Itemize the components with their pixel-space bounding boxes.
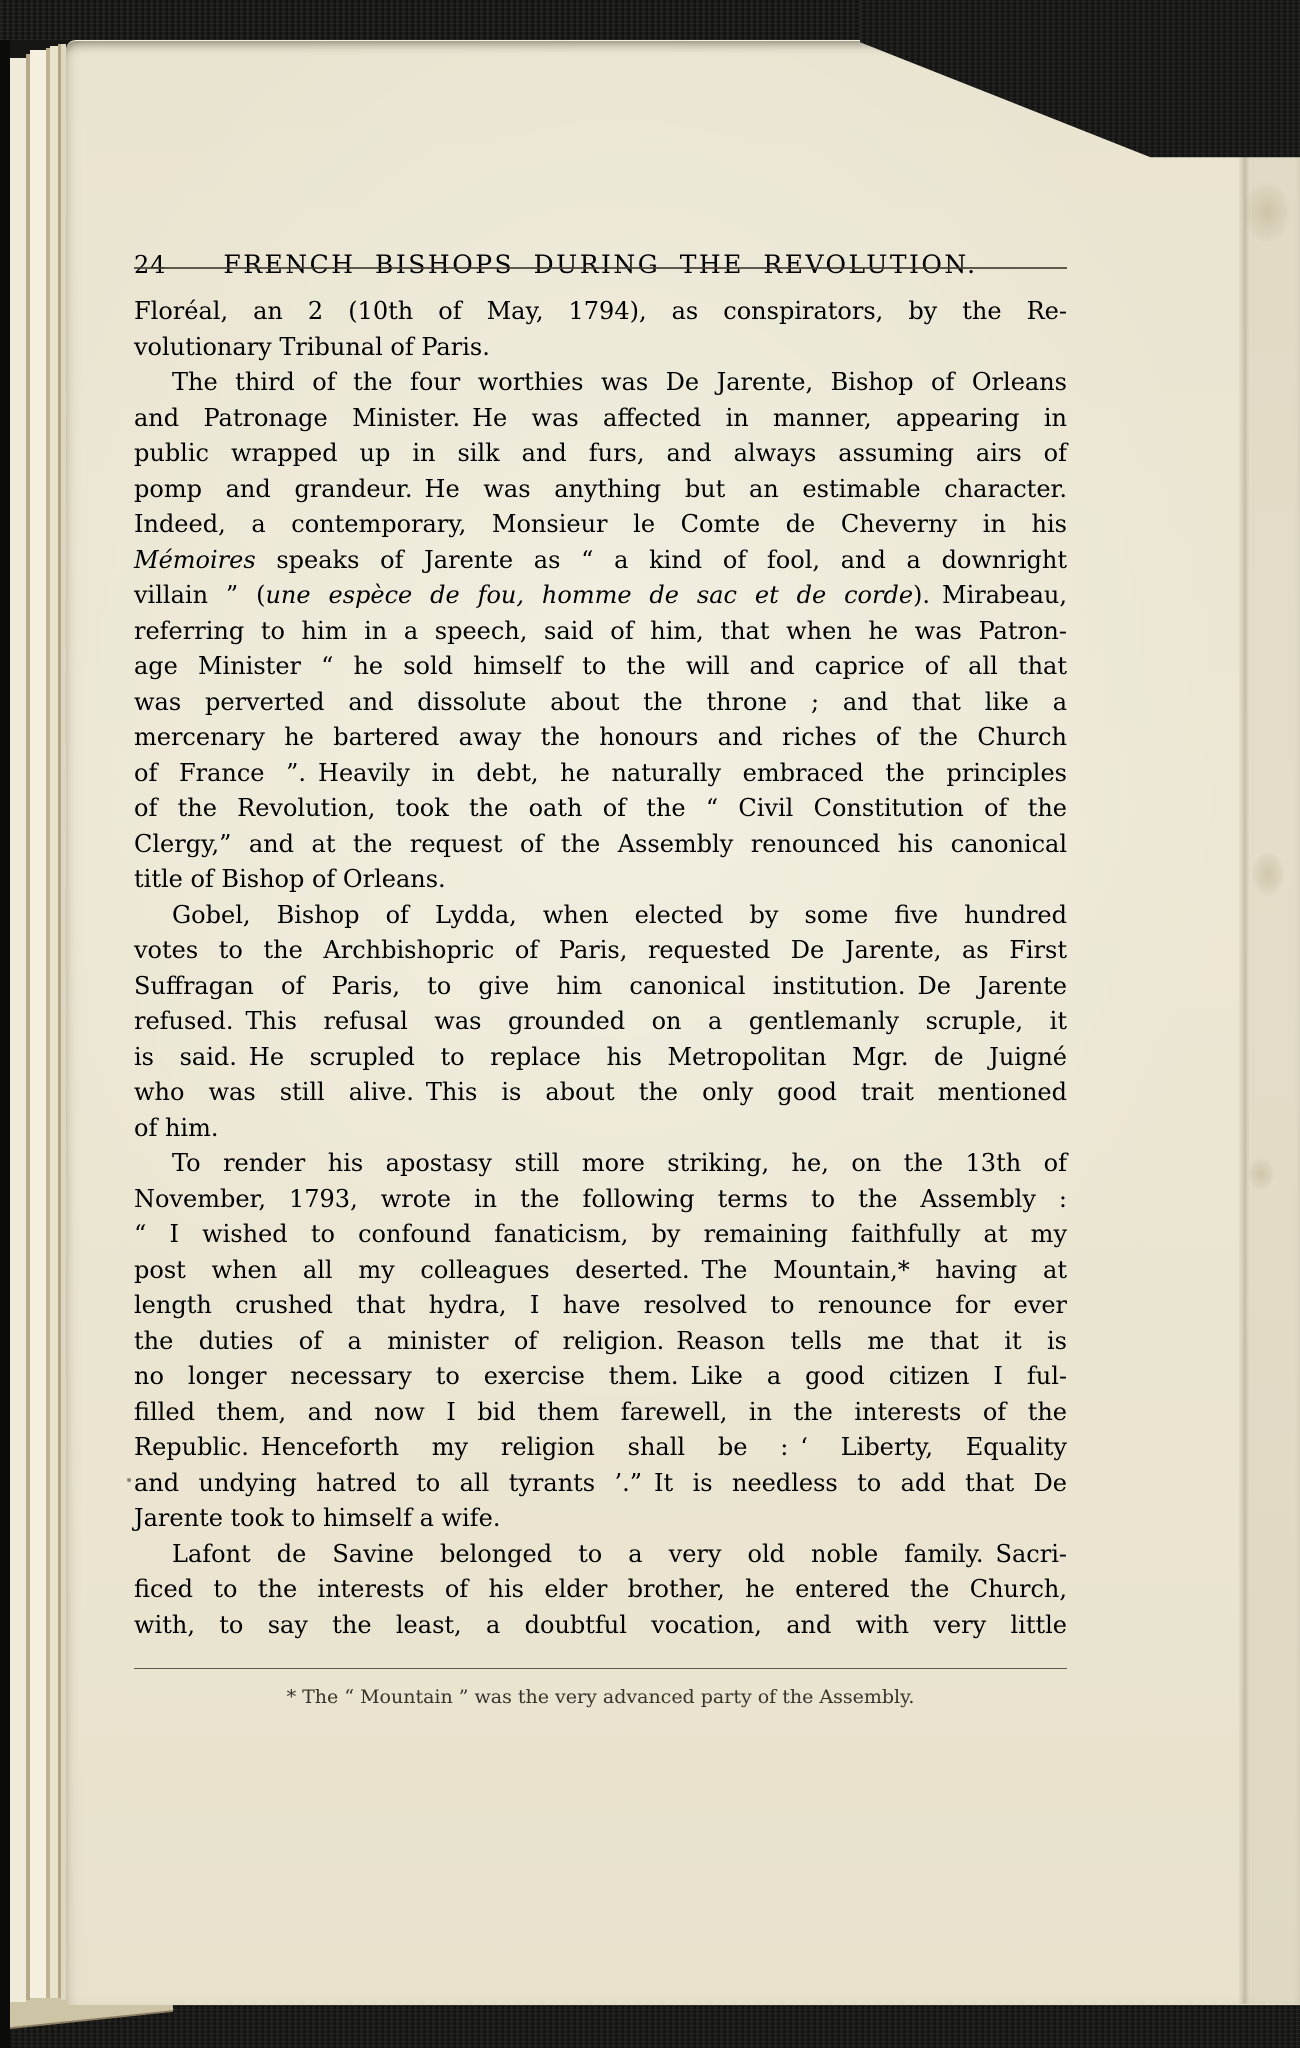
text-line: and undying hatred to all tyrants ’.” It… (134, 1466, 1067, 1502)
text-line: with, to say the least, a doubtful vocat… (134, 1608, 1067, 1644)
fore-edge-crease (1238, 42, 1254, 2004)
text-line: Jarente took to himself a wife. (134, 1501, 1067, 1537)
text-line: votes to the Archbishopric of Paris, req… (134, 933, 1067, 969)
text-segment: To render his apostasy still more striki… (172, 1149, 1067, 1177)
text-segment: votes to the Archbishopric of Paris, req… (134, 936, 1067, 964)
text-segment: “ I wished to confound fanaticism, by re… (134, 1220, 1067, 1248)
book-gutter-shadow (0, 0, 10, 2048)
footnote: * The “ Mountain ” was the very advanced… (134, 1682, 1067, 1712)
text-line: title of Bishop of Orleans. (134, 862, 1067, 898)
text-line: To render his apostasy still more striki… (134, 1146, 1067, 1182)
text-segment: with, to say the least, a doubtful vocat… (134, 1611, 1067, 1639)
text-line: public wrapped up in silk and furs, and … (134, 436, 1067, 472)
page-edge-stack (50, 46, 58, 1998)
text-line: referring to him in a speech, said of hi… (134, 614, 1067, 650)
text-segment: Suffragan of Paris, to give him canonica… (134, 972, 1067, 1000)
text-segment: Republic. Henceforth my religion shall b… (134, 1433, 1067, 1461)
text-segment: referring to him in a speech, said of hi… (134, 617, 1067, 645)
text-segment: pomp and grandeur. He was anything but a… (134, 475, 1067, 503)
text-segment: was perverted and dissolute about the th… (134, 688, 1067, 716)
text-line: The third of the four worthies was De Ja… (134, 365, 1067, 401)
text-segment: and Patronage Minister. He was affected … (134, 404, 1067, 432)
text-segment: speaks of Jarente as “ a kind of fool, a… (256, 546, 1067, 574)
book-cover-bottom-edge (0, 2004, 1300, 2048)
text-segment: the duties of a minister of religion. Re… (134, 1327, 1067, 1355)
text-line: Gobel, Bishop of Lydda, when elected by … (134, 898, 1067, 934)
print-artifact-dot (127, 1478, 131, 1482)
text-segment: The third of the four worthies was De Ja… (172, 368, 1067, 396)
fore-edge-paper (1252, 42, 1300, 2004)
text-segment: post when all my colleagues deserted. Th… (134, 1256, 1067, 1284)
text-segment: mercenary he bartered away the honours a… (134, 723, 1067, 751)
text-line: pomp and grandeur. He was anything but a… (134, 472, 1067, 508)
text-segment: ficed to the interests of his elder brot… (134, 1575, 1067, 1603)
text-line: of France ”. Heavily in debt, he natural… (134, 756, 1067, 792)
text-line: of him. (134, 1111, 1067, 1147)
text-line: age Minister “ he sold himself to the wi… (134, 649, 1067, 685)
text-line: the duties of a minister of religion. Re… (134, 1324, 1067, 1360)
text-line: “ I wished to confound fanaticism, by re… (134, 1217, 1067, 1253)
text-line: Suffragan of Paris, to give him canonica… (134, 969, 1067, 1005)
text-line: ficed to the interests of his elder brot… (134, 1572, 1067, 1608)
text-line: Lafont de Savine belonged to a very old … (134, 1537, 1067, 1573)
header-rule (134, 267, 1067, 269)
text-line: of the Revolution, took the oath of the … (134, 791, 1067, 827)
text-line: refused. This refusal was grounded on a … (134, 1004, 1067, 1040)
text-line: is said. He scrupled to replace his Metr… (134, 1040, 1067, 1076)
text-line: Floréal, an 2 (10th of May, 1794), as co… (134, 294, 1067, 330)
text-line: Mémoires speaks of Jarente as “ a kind o… (134, 543, 1067, 579)
text-line: Republic. Henceforth my religion shall b… (134, 1430, 1067, 1466)
text-segment: who was still alive. This is about the o… (134, 1078, 1067, 1106)
text-line: filled them, and now I bid them farewell… (134, 1395, 1067, 1431)
stain-mark (1252, 852, 1284, 896)
stain-mark (1244, 182, 1290, 242)
text-line: no longer necessary to exercise them. Li… (134, 1359, 1067, 1395)
text-line: was perverted and dissolute about the th… (134, 685, 1067, 721)
text-line: villain ” (une espèce de fou, homme de s… (134, 578, 1067, 614)
text-line: Indeed, a contemporary, Monsieur le Comt… (134, 507, 1067, 543)
text-line: post when all my colleagues deserted. Th… (134, 1253, 1067, 1289)
text-segment: of France ”. Heavily in debt, he natural… (134, 759, 1067, 787)
text-segment: Clergy,” and at the request of the Assem… (134, 830, 1067, 858)
text-segment: Jarente took to himself a wife. (134, 1504, 500, 1532)
text-line: who was still alive. This is about the o… (134, 1075, 1067, 1111)
page-header: 24 FRENCH BISHOPS DURING THE REVOLUTION. (134, 248, 1067, 282)
text-line: November, 1793, wrote in the following t… (134, 1182, 1067, 1218)
text-segment: of him. (134, 1114, 218, 1142)
stain-mark (1248, 1158, 1274, 1190)
text-segment: no longer necessary to exercise them. Li… (134, 1362, 1067, 1390)
book-photo: 24 FRENCH BISHOPS DURING THE REVOLUTION.… (0, 0, 1300, 2048)
footnote-rule (134, 1668, 1067, 1669)
text-segment: age Minister “ he sold himself to the wi… (134, 652, 1067, 680)
text-segment: is said. He scrupled to replace his Metr… (134, 1043, 1067, 1071)
text-segment: public wrapped up in silk and furs, and … (134, 439, 1067, 467)
text-segment: title of Bishop of Orleans. (134, 865, 446, 893)
text-segment: November, 1793, wrote in the following t… (134, 1185, 1067, 1213)
text-line: volutionary Tribunal of Paris. (134, 330, 1067, 366)
italic-text-segment: une espèce de fou, homme de sac et de co… (265, 581, 913, 609)
text-line: mercenary he bartered away the honours a… (134, 720, 1067, 756)
body-text: Floréal, an 2 (10th of May, 1794), as co… (134, 294, 1067, 1643)
running-title: FRENCH BISHOPS DURING THE REVOLUTION. (134, 248, 1067, 282)
text-line: length crushed that hydra, I have resolv… (134, 1288, 1067, 1324)
text-segment: Indeed, a contemporary, Monsieur le Comt… (134, 510, 1067, 538)
text-line: and Patronage Minister. He was affected … (134, 401, 1067, 437)
text-segment: length crushed that hydra, I have resolv… (134, 1291, 1067, 1319)
text-segment: Gobel, Bishop of Lydda, when elected by … (172, 901, 1067, 929)
text-line: Clergy,” and at the request of the Assem… (134, 827, 1067, 863)
text-segment: filled them, and now I bid them farewell… (134, 1398, 1067, 1426)
text-segment: of the Revolution, took the oath of the … (134, 794, 1067, 822)
text-segment: Lafont de Savine belonged to a very old … (172, 1540, 1067, 1568)
page-edge-stack (10, 58, 26, 2002)
text-segment: and undying hatred to all tyrants ’.” It… (134, 1469, 1067, 1497)
text-segment: Floréal, an 2 (10th of May, 1794), as co… (134, 297, 1067, 325)
italic-text-segment: Mémoires (134, 546, 256, 574)
page-edge-stack (30, 50, 46, 1998)
text-segment: villain ” ( (134, 581, 265, 609)
text-segment: ). Mirabeau, (913, 581, 1067, 609)
text-segment: refused. This refusal was grounded on a … (134, 1007, 1067, 1035)
text-segment: volutionary Tribunal of Paris. (134, 333, 490, 361)
